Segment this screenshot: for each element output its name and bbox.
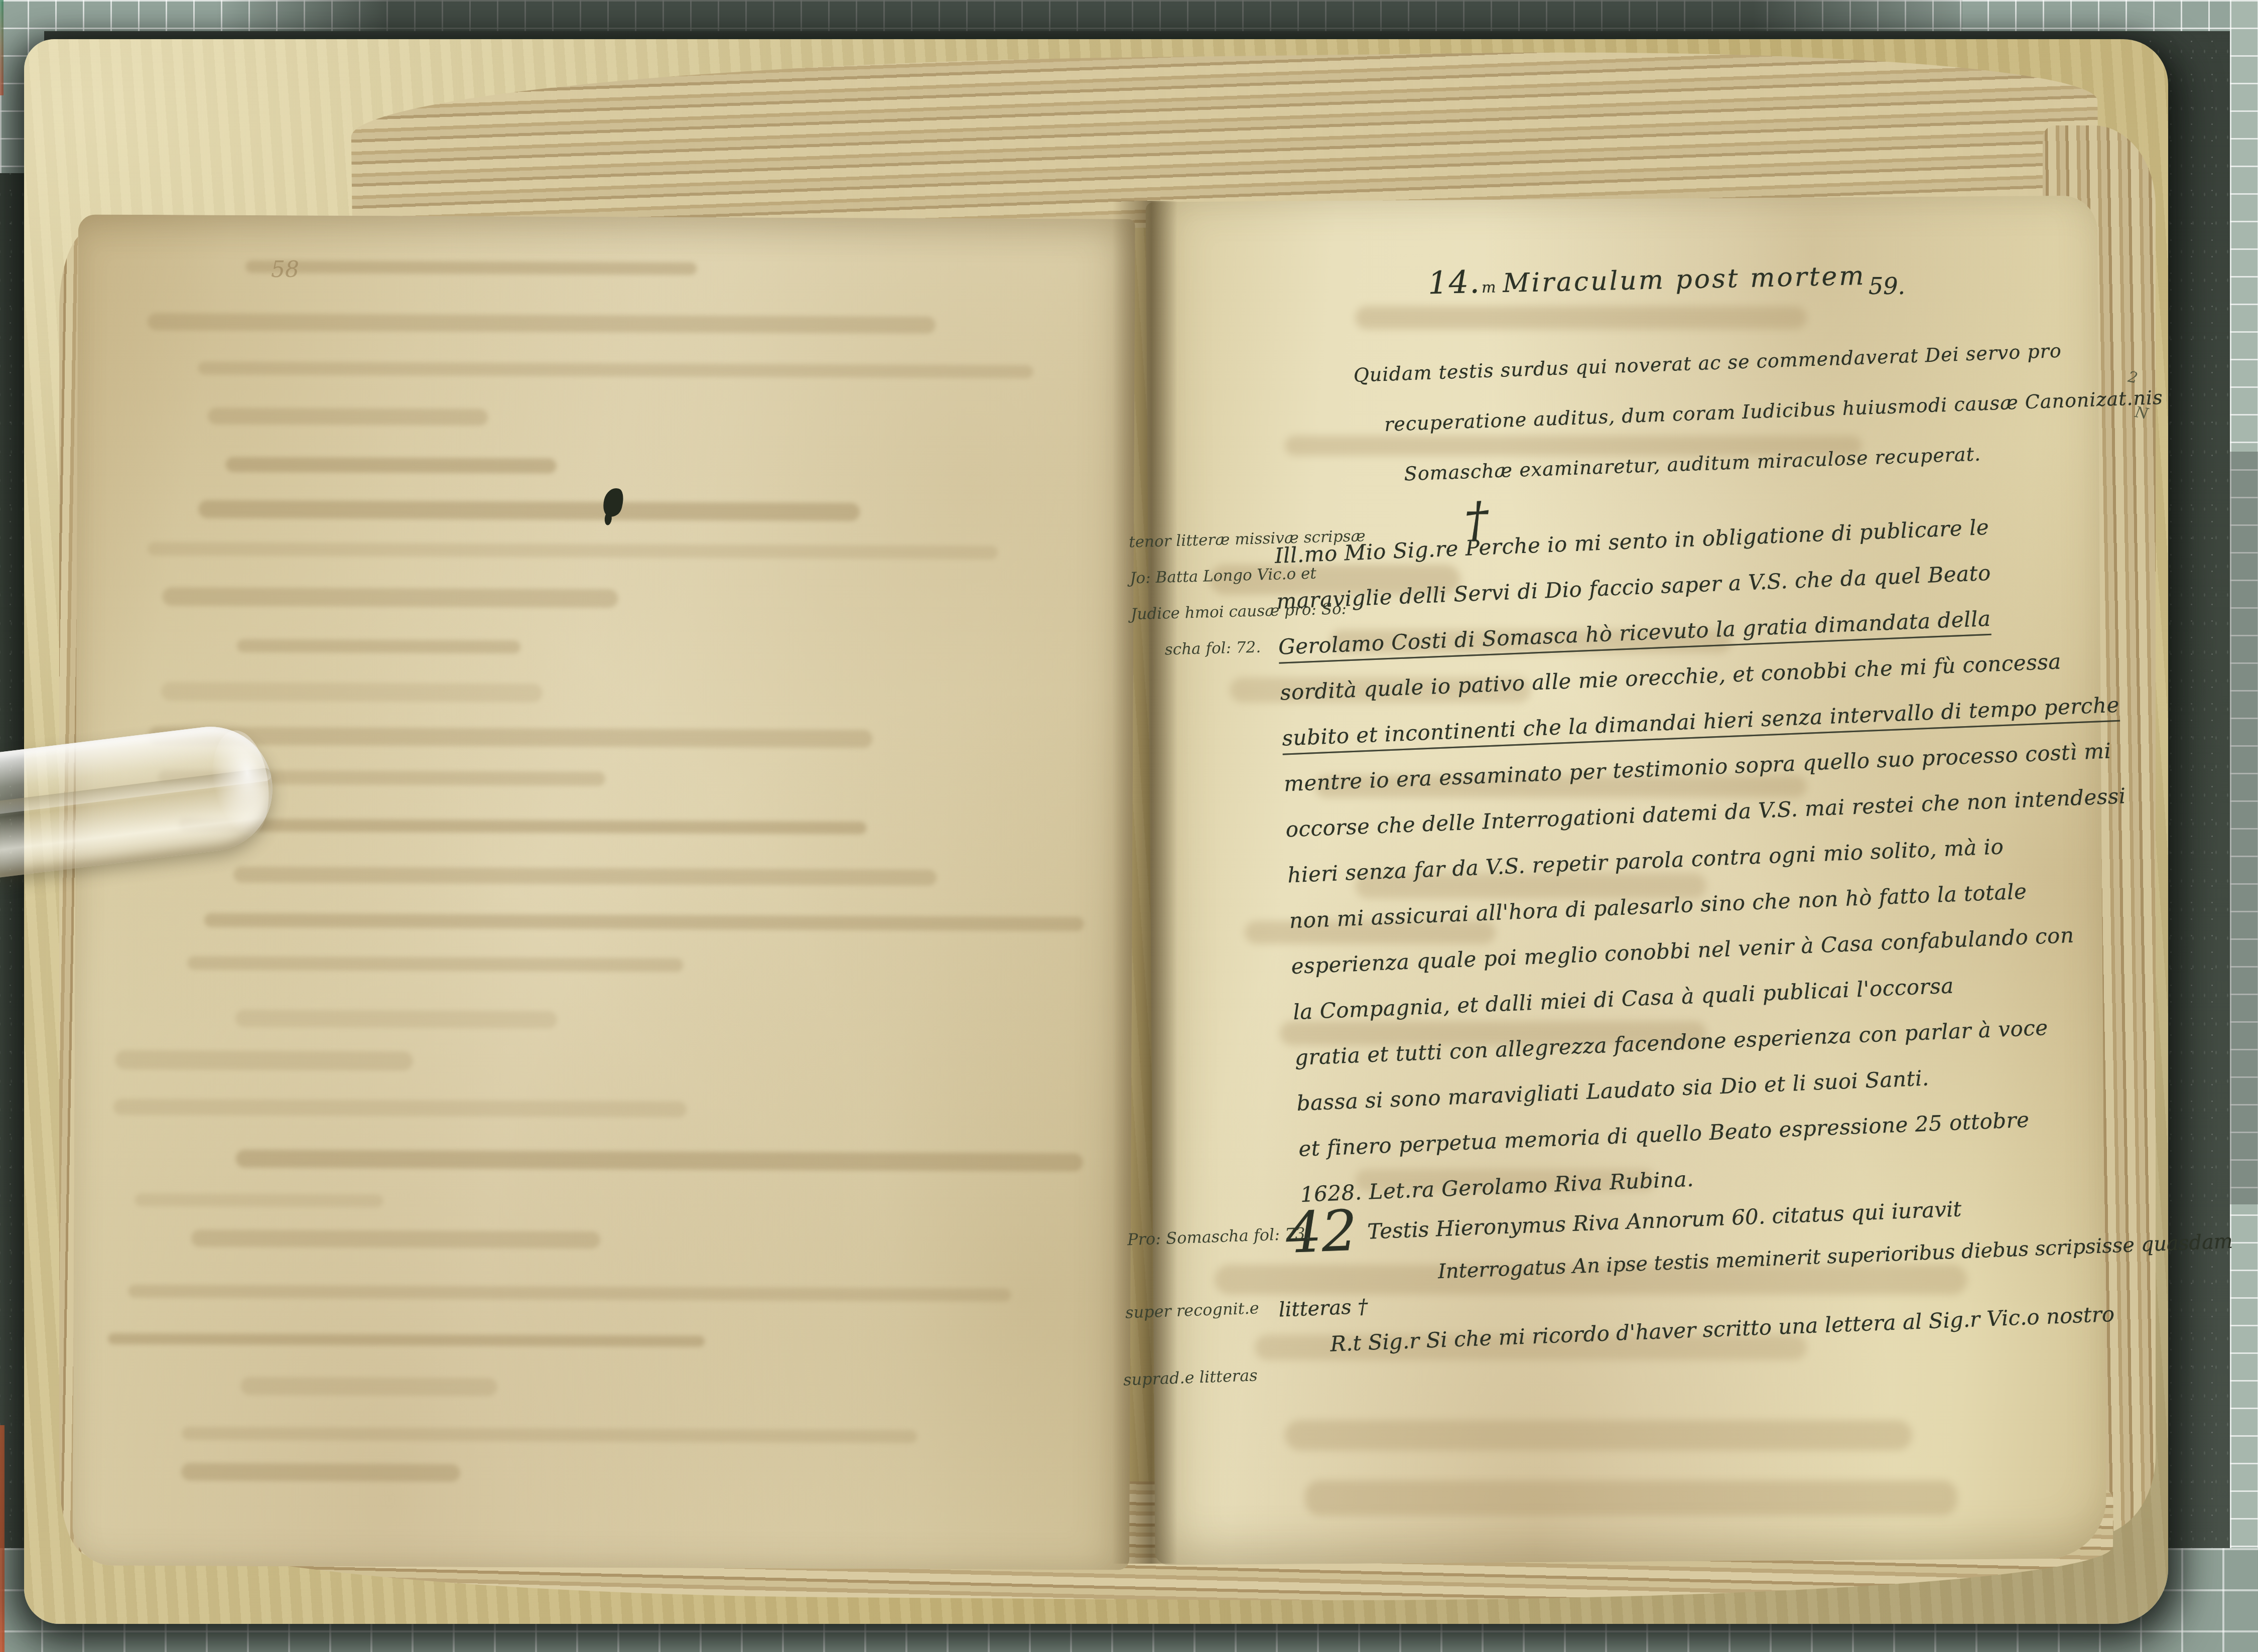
bleed-line [182,1427,917,1444]
bleed-line [179,818,866,835]
color-fringe-top-left [0,0,4,95]
manuscript-photo: 58 14.m Miraculum post mortem 59. Quidam… [0,0,2258,1652]
bleed-line [241,1376,497,1396]
bleed-line [233,867,937,886]
folio-number-left-faint: 58 [271,257,299,283]
gutter-shadow [1112,201,1177,1564]
testis-line: Testis Hieronymus Riva Annorum 60. citat… [1367,1196,1962,1244]
bleed-line [237,639,520,654]
bleed-line [113,1099,687,1117]
left-page [72,214,1135,1570]
color-fringe-bottom-left [0,1425,5,1652]
bleed-line [163,587,618,608]
bleed-smudge [1305,1480,1957,1516]
bleed-line [235,1009,557,1028]
bleed-line [148,542,998,560]
bleed-line [187,956,683,972]
bleed-line [148,727,873,748]
bleed-line [161,682,543,702]
bleed-line [108,1333,705,1347]
bleed-line [198,361,1033,378]
chapter-title: Miraculum post mortem [1503,261,1867,299]
bleed-line [128,1285,1011,1301]
chapter-number-superscript: m [1482,279,1496,297]
chapter-number: 14. [1427,263,1481,301]
bleed-smudge [1355,306,1807,329]
grid-shadow-top [216,0,1962,31]
summary-paragraph: Quidam testis surdus qui noverat ac se c… [1353,325,2090,501]
folio-number-right: 59. [1869,272,1905,300]
grid-shadow-right [2230,452,2258,1204]
bleed-smudge [1285,1420,1912,1450]
bleed-line [236,1150,1083,1172]
bleed-line [191,1229,600,1248]
bleed-line [148,313,936,334]
letter-body: Ill.mo Mio Sig.re Perche io mi sento in … [1274,500,2113,1217]
bleed-line [208,408,488,426]
bleed-line [115,1050,413,1070]
bleed-line [226,457,556,474]
bleed-line [199,500,860,521]
bleed-line [181,1463,460,1482]
bleed-line [204,913,1084,931]
bleed-line [135,1193,383,1207]
bleed-line [245,260,697,275]
